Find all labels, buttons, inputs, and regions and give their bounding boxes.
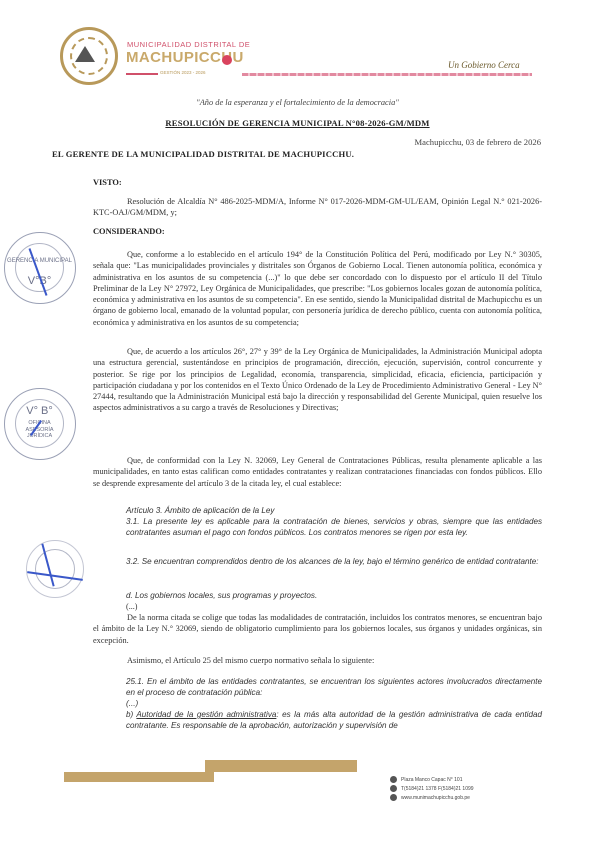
footer-gold-pattern: [205, 760, 357, 772]
footer-website[interactable]: www.munimachupicchu.gob.pe: [401, 795, 470, 801]
header-slogan: Un Gobierno Cerca: [448, 60, 520, 70]
paragraph-2: Que, de acuerdo a los artículos 26°, 27°…: [93, 346, 542, 414]
paragraph-3: Que, de conformidad con la Ley N. 32069,…: [93, 455, 542, 489]
considerando-heading: CONSIDERANDO:: [93, 227, 165, 236]
globe-icon: [390, 794, 397, 801]
article-3-2-d: d. Los gobiernos locales, sus programas …: [126, 590, 542, 601]
paragraph-1: Que, conforme a lo establecido en el art…: [93, 249, 542, 328]
footer-contact: Plaza Manco Capac N° 101 T(5184)21 1378 …: [390, 776, 474, 803]
footer-phone-row: T(5184)21 1378 F(5184)21 1099: [390, 785, 474, 794]
item-label: Autoridad de la gestión administrativa: [136, 710, 276, 719]
mountain-icon: [75, 46, 95, 62]
stamp-inner-ring: [35, 549, 75, 589]
municipality-seal-logo: [60, 27, 118, 85]
municipality-label-top: MUNICIPALIDAD DISTRITAL DE: [127, 40, 250, 49]
quote-ellipsis: (...): [126, 601, 542, 612]
resolution-date: Machupicchu, 03 de febrero de 2026: [415, 137, 541, 147]
article-25-1: 25.1. En el ámbito de las entidades cont…: [126, 676, 542, 699]
year-motto: "Año de la esperanza y el fortalecimient…: [0, 98, 595, 107]
article-3-title: Artículo 3. Ámbito de aplicación de la L…: [126, 505, 542, 516]
header-accent-line: [126, 73, 158, 75]
visto-text: Resolución de Alcaldía N° 486-2025-MDM/A…: [93, 196, 542, 219]
location-icon: [390, 776, 397, 783]
paragraph-article-25: Asimismo, el Artículo 25 del mismo cuerp…: [93, 655, 542, 666]
phone-icon: [390, 785, 397, 792]
addressee: EL GERENTE DE LA MUNICIPALIDAD DISTRITAL…: [52, 149, 354, 159]
footer-address: Plaza Manco Capac N° 101: [401, 777, 462, 783]
footer-website-row: www.munimachupicchu.gob.pe: [390, 794, 474, 803]
footer-phone: T(5184)21 1378 F(5184)21 1099: [401, 786, 474, 792]
article-25-1-b: b) Autoridad de la gestión administrativ…: [126, 709, 542, 732]
quote2-ellipsis: (...): [126, 698, 542, 709]
resolution-title: RESOLUCIÓN DE GERENCIA MUNICIPAL N°08-20…: [0, 118, 595, 128]
stamp-asesoria-juridica: V° B° OFICINA ASESORÍA JURÍDICA: [4, 388, 76, 460]
stamp-municipal-seal: [26, 540, 84, 598]
paragraph-after-quote: De la norma citada se colige que todas l…: [93, 612, 542, 646]
stamp-gerencia-municipal: MUNICIPALIDAD DISTRITAL DE MACHUPICCHU G…: [4, 232, 76, 304]
swirl-icon: [222, 55, 232, 65]
stamp-mark: V° B°: [5, 405, 74, 417]
article-3-1: 3.1. La presente ley es aplicable para l…: [126, 516, 542, 539]
footer-address-row: Plaza Manco Capac N° 101: [390, 776, 474, 785]
municipality-subtitle: GESTIÓN 2023 - 2026: [160, 70, 206, 75]
article-3-2: 3.2. Se encuentran comprendidos dentro d…: [126, 556, 542, 567]
item-prefix: b): [126, 710, 136, 719]
visto-heading: VISTO:: [93, 178, 122, 187]
footer-gold-pattern: [64, 772, 214, 782]
stamp-center-text: GERENCIA MUNICIPAL: [5, 258, 74, 265]
header-pink-band: [242, 73, 532, 76]
